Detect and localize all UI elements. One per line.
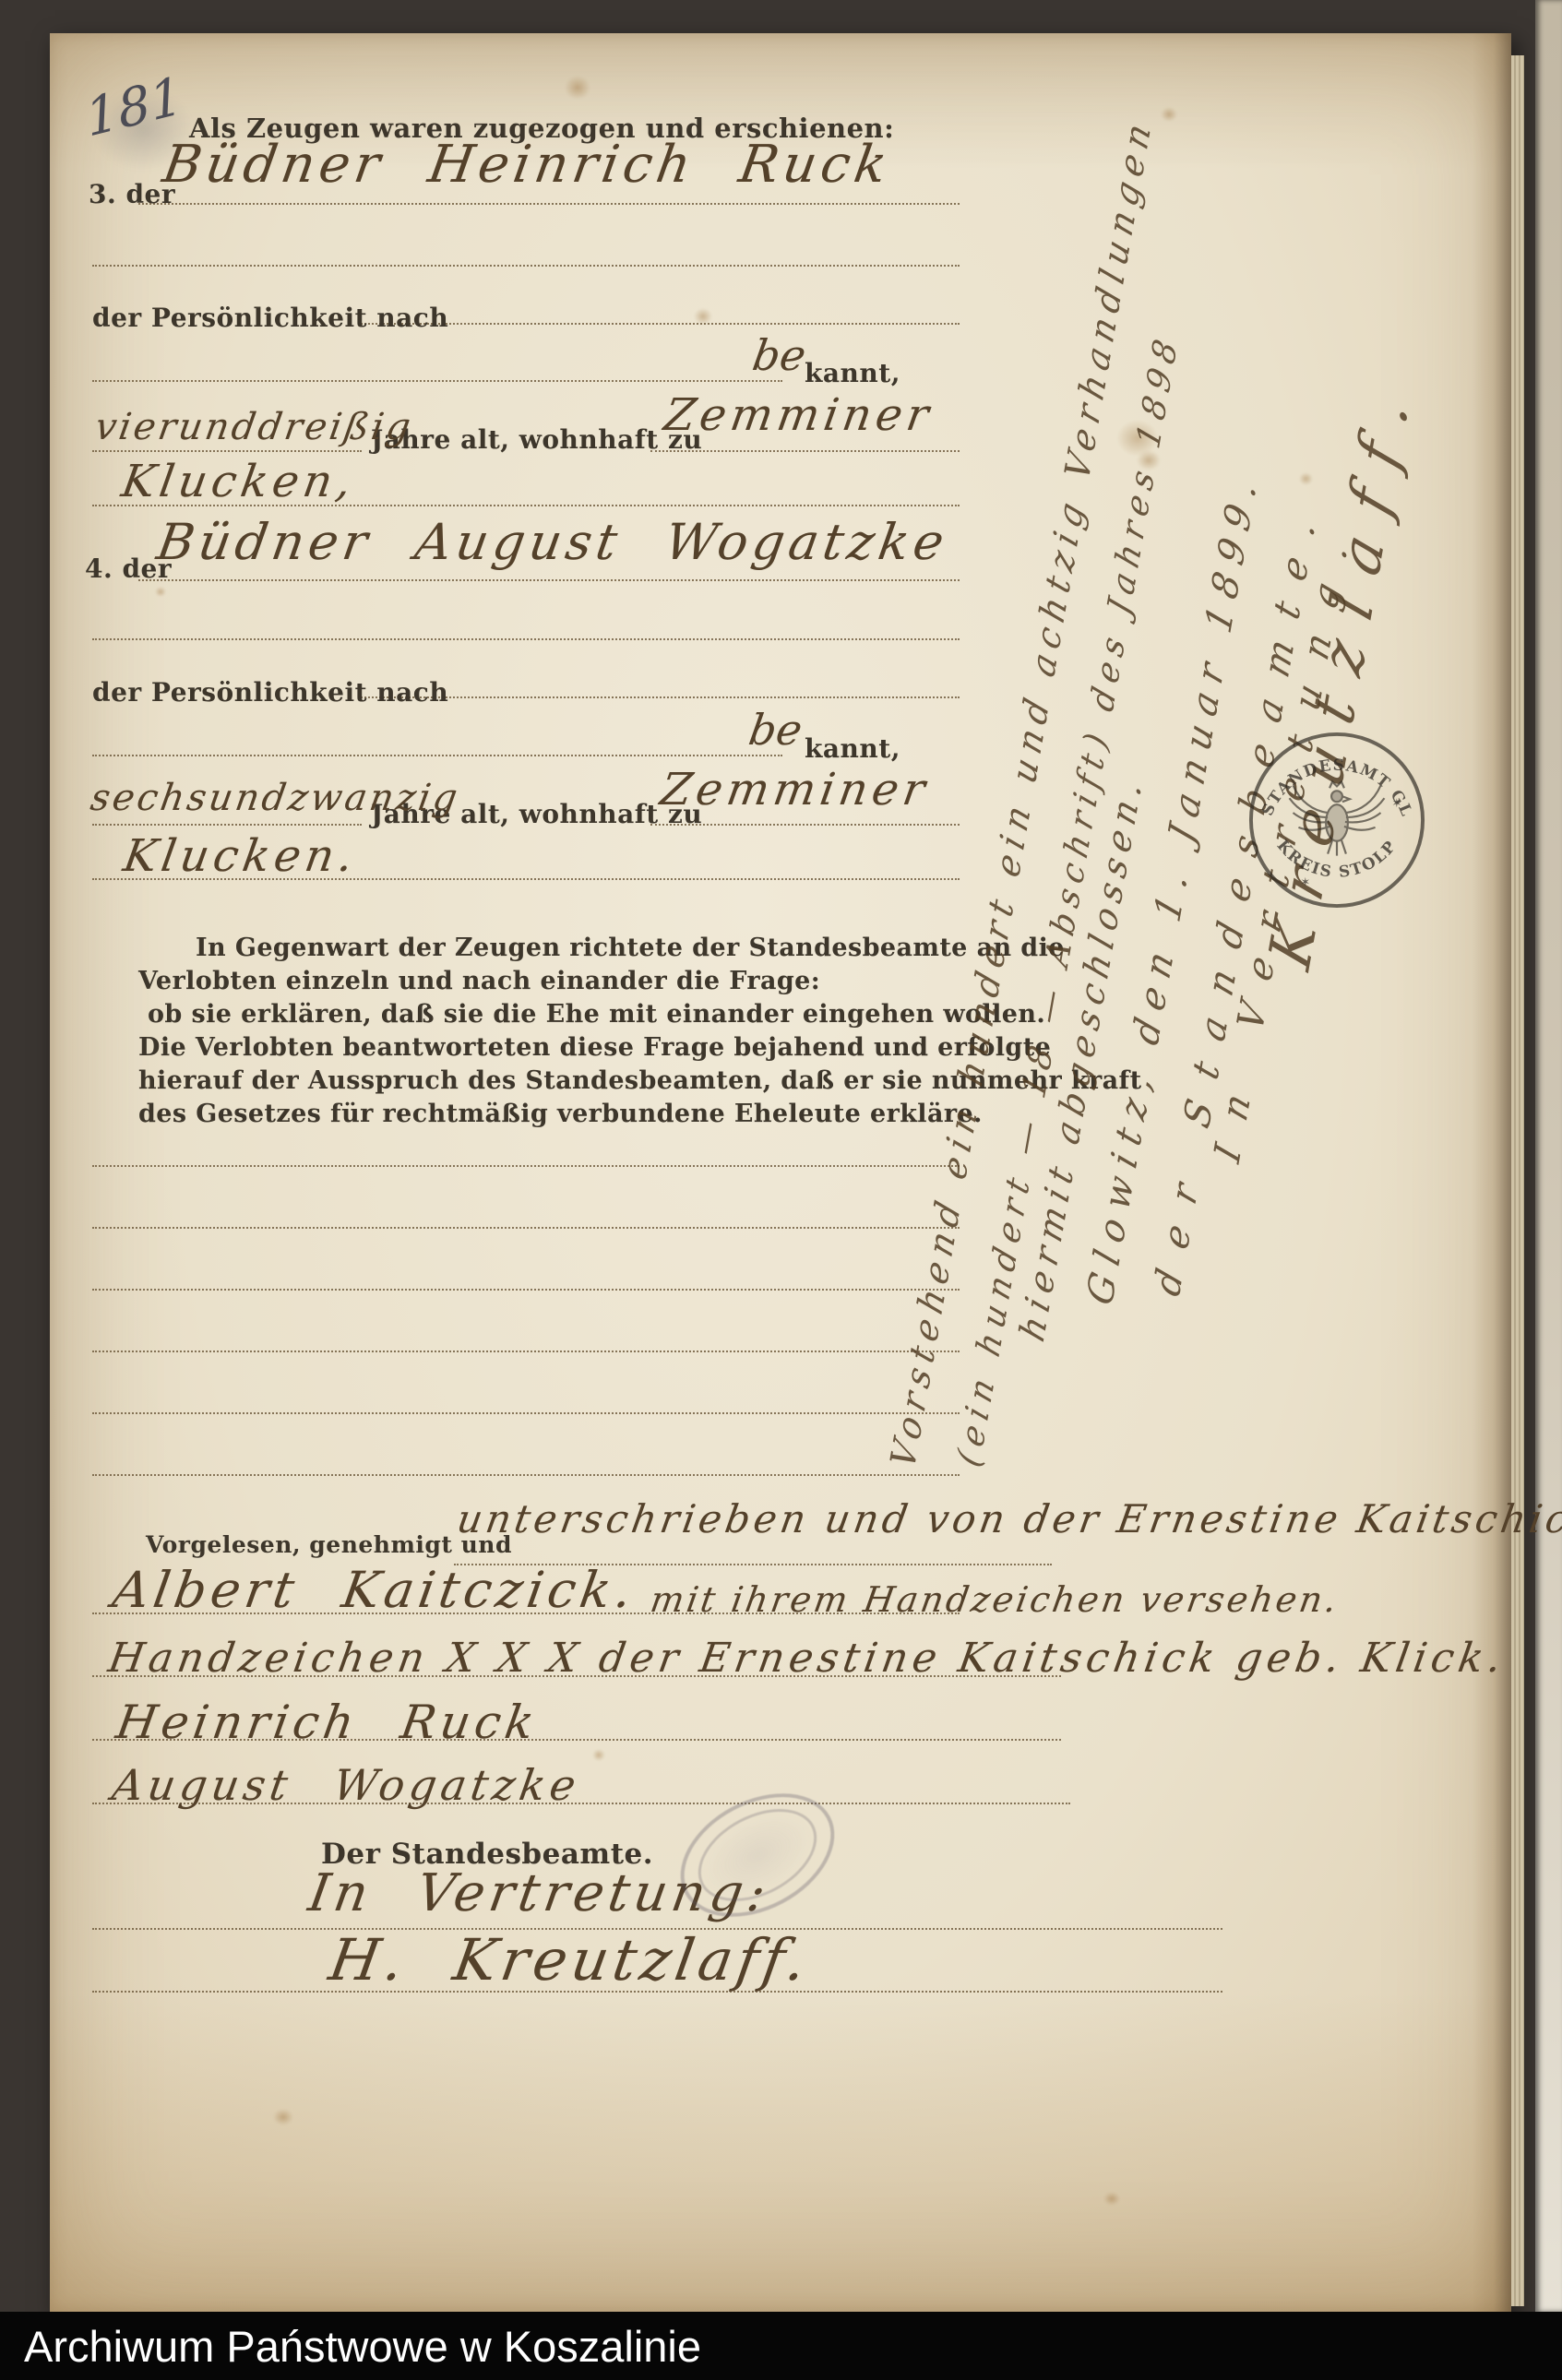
declaration-line: hierauf der Ausspruch des Standesbeamten…	[138, 1065, 978, 1098]
form-dotted-rule	[92, 380, 782, 382]
archive-name: Archiwum Państwowe w Koszalinie	[24, 2321, 701, 2372]
witness3-signature: Heinrich Ruck	[113, 1696, 543, 1749]
registrar-signature: H. Kreutzlaff.	[325, 1926, 815, 1993]
witness4-name-handwritten: Büdner August Wogatzke	[153, 513, 952, 571]
witness4-identity-label: der Persönlichkeit nach	[92, 677, 448, 708]
form-dotted-rule	[92, 1474, 960, 1476]
form-dotted-rule	[92, 1412, 960, 1414]
fox-spot	[565, 76, 590, 100]
declaration-line: des Gesetzes für rechtmäßig verbundene E…	[138, 1098, 978, 1131]
bride-marks-line-handwritten: Handzeichen X X X der Ernestine Kaitschi…	[105, 1635, 1509, 1682]
witness3-age-handwritten: vierunddreißig	[92, 406, 416, 448]
scanned-register-page: { "archive_bar": { "label": "Archiwum Pa…	[0, 0, 1562, 2380]
witness4-residence-handwritten: Zemminer	[657, 764, 933, 815]
form-dotted-rule	[92, 450, 362, 452]
witness3-name-handwritten: Büdner Heinrich Ruck	[159, 135, 896, 195]
fox-spot	[273, 2109, 293, 2125]
fox-spot	[155, 587, 166, 597]
standesamt-glowitz-round-stamp: K. PR. STANDESAMT GLOWITZ KREIS STOLP ✶ …	[1246, 729, 1428, 911]
fox-spot	[1161, 107, 1177, 122]
stamp-star-bottom: ✶	[1300, 875, 1310, 889]
form-dotted-rule	[92, 1351, 960, 1352]
groom-signature-handwritten: Albert Kaitczick.	[109, 1561, 640, 1619]
form-dotted-rule	[92, 1289, 960, 1291]
declaration-line: ob sie erklären, daß sie die Ehe mit ein…	[138, 998, 978, 1031]
form-dotted-rule	[92, 1165, 960, 1167]
fox-spot	[1299, 472, 1313, 485]
form-dotted-rule	[92, 265, 960, 267]
witness3-identity-label: der Persönlichkeit nach	[92, 303, 448, 333]
witness4-age-handwritten: sechsundzwanzig	[88, 777, 463, 819]
page-stack-edge	[1511, 55, 1524, 2306]
witness3-be-handwritten: be	[749, 330, 809, 380]
witness3-residence-handwritten: Zemminer	[661, 389, 936, 441]
form-dotted-rule	[138, 579, 960, 581]
witness3-residence2-handwritten: Klucken,	[118, 456, 360, 507]
form-dotted-rule	[92, 1227, 960, 1229]
stamp-svg: K. PR. STANDESAMT GLOWITZ KREIS STOLP ✶ …	[1246, 729, 1428, 911]
form-dotted-rule	[92, 755, 782, 756]
witness4-known-printed: kannt,	[805, 733, 900, 764]
stamp-star-right: ✶	[1391, 797, 1401, 811]
closing-handwritten-line2: mit ihrem Handzeichen versehen.	[648, 1579, 1342, 1620]
form-dotted-rule	[92, 824, 362, 826]
closing-handwritten-line1: unterschrieben und von der Ernestine Kai…	[454, 1496, 1562, 1541]
witness4-be-handwritten: be	[745, 705, 805, 755]
fox-spot	[1103, 2192, 1120, 2206]
adjacent-page-edge	[1535, 0, 1562, 2312]
declaration-line: Verlobten einzeln und nach einander die …	[138, 965, 978, 998]
archive-caption-bar: Archiwum Państwowe w Koszalinie	[0, 2312, 1562, 2380]
prussian-eagle-icon	[1290, 781, 1385, 855]
witness4-signature: August Wogatzke	[109, 1760, 584, 1810]
fox-spot	[592, 1749, 605, 1761]
witness4-residence2-handwritten: Klucken.	[120, 830, 362, 882]
witness3-age-printed: Jahre alt, wohnhaft zu	[371, 424, 702, 455]
form-dotted-rule	[92, 638, 960, 640]
form-dotted-rule	[138, 203, 960, 205]
declaration-paragraph: In Gegenwart der Zeugen richtete der Sta…	[138, 932, 978, 1131]
declaration-line: Die Verlobten beantworteten diese Frage …	[138, 1031, 978, 1065]
witness3-known-printed: kannt,	[805, 358, 900, 388]
page-fold-shadow	[1473, 33, 1511, 2312]
declaration-line: In Gegenwart der Zeugen richtete der Sta…	[138, 932, 978, 965]
